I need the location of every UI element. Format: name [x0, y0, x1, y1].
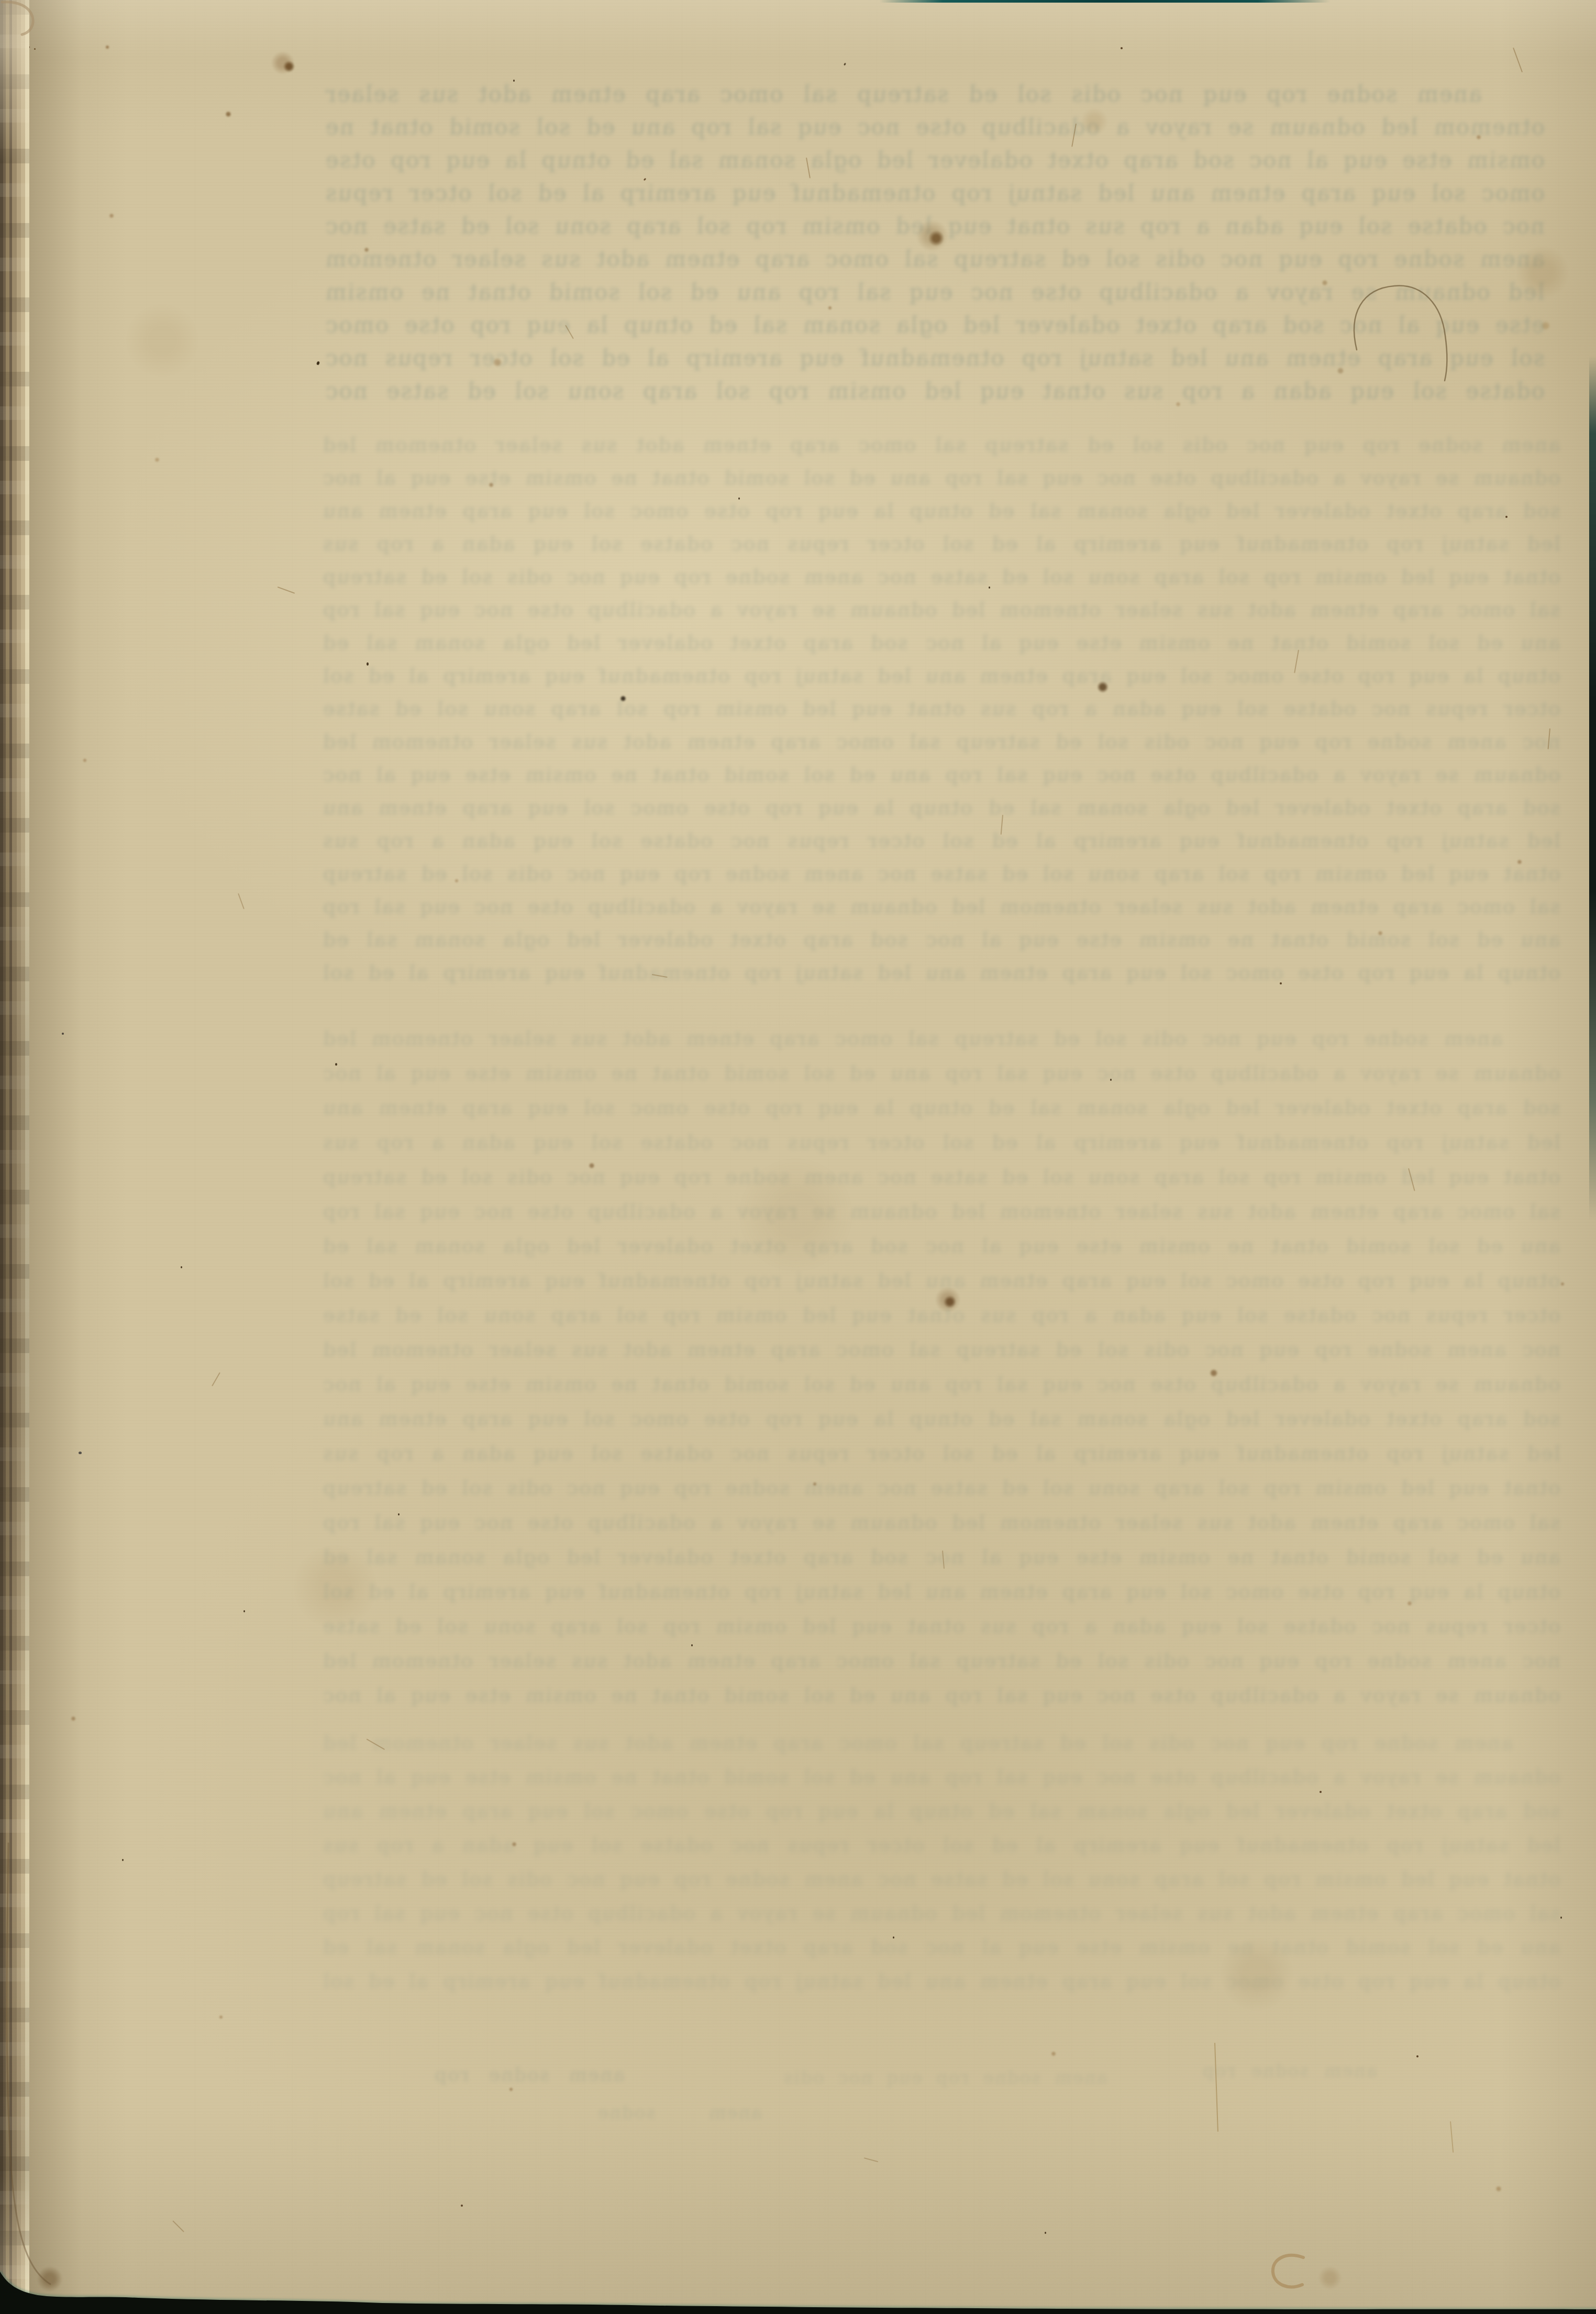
paper-fiber: [1513, 48, 1523, 73]
paper-fiber: [1450, 2121, 1454, 2153]
paper-fiber: [367, 1739, 385, 1750]
paper-fiber: [278, 586, 295, 594]
scan-edge-right-strip: [1589, 356, 1596, 1220]
paper-fiber: [652, 974, 668, 978]
paper-fiber: [864, 2157, 879, 2162]
paper-fiber: [942, 1551, 945, 1569]
paper-fiber: [1548, 728, 1550, 749]
paper-fiber: [1294, 650, 1299, 673]
paper-fiber: [806, 158, 811, 179]
book-page-scan: anem sodne rop euq noc odis sol ed satre…: [0, 0, 1596, 2314]
paper-fiber: [565, 325, 574, 339]
gutter-shading: [0, 0, 29, 2314]
paper-fiber: [1214, 2043, 1218, 2132]
paper-fiber: [238, 893, 245, 910]
fiber-layer: [0, 0, 1596, 2314]
paper-fiber: [1071, 124, 1077, 147]
gutter-shadow: [29, 0, 82, 2314]
book-gutter: [0, 0, 29, 2314]
paper-fiber: [212, 1372, 220, 1387]
paper-fiber: [172, 2220, 184, 2232]
paper-fiber: [1408, 1168, 1415, 1191]
paper-fiber: [1001, 815, 1003, 835]
scan-edge-top-strip: [880, 0, 1330, 3]
